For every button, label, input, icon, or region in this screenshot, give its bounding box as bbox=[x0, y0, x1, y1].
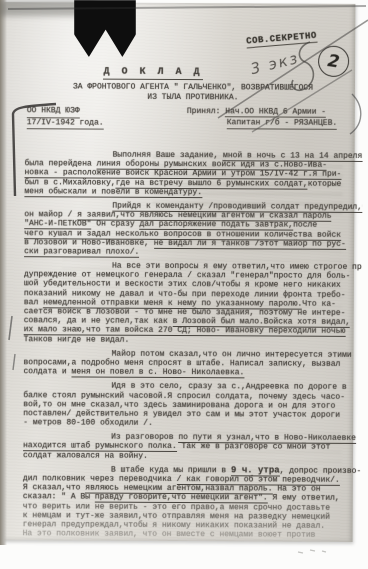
receiver-name: Капитан г/б - РЯЗАНЦЕВ. bbox=[227, 118, 337, 130]
body-text-segment: был в с.Михайловку, bbox=[24, 178, 115, 187]
scanned-document: СОВ.СЕКРЕТНО 3 экз 2 Д О К Л А Д ЗА ФРОН… bbox=[0, 0, 368, 569]
paragraph: Прийдя к коменданту /проводивший солдат … bbox=[24, 201, 362, 258]
body-text-segment: Я ему ответил, bbox=[268, 494, 340, 503]
paragraph: Выполняя Ваше задание, мной в ночь с 13 … bbox=[24, 150, 362, 198]
sender-block: ОО НКВД ЮЗФ 17/IV-1942 года. bbox=[27, 106, 104, 129]
body-text-segment: На это полковник заявил, что он вместе с… bbox=[23, 529, 316, 540]
body-text-segment: меня обыскали и повели в комендатуру. bbox=[24, 187, 202, 198]
classification-stamp: СОВ.СЕКРЕТНО bbox=[246, 31, 318, 49]
page-number: 2 bbox=[326, 51, 341, 73]
body-text-segment: в Лозовой и Ново-Ивановке, bbox=[24, 238, 154, 248]
sender-unit: ОО НКВД ЮЗФ bbox=[27, 106, 80, 118]
document-page: СОВ.СЕКРЕТНО 3 экз 2 Д О К Л А Д ЗА ФРОН… bbox=[1, 2, 356, 542]
body-text-segment: ски разговаривал плохо/. bbox=[24, 247, 139, 258]
body-text-segment: Он сразу bbox=[91, 220, 139, 229]
receiver-block: Принял: Нач.ОО НКВД 6 Армии - Капитан г/… bbox=[187, 107, 338, 130]
paragraph: Из разговоров по пути я узнал,что в Ново… bbox=[23, 432, 361, 461]
receiver-line: Принял: Нач.ОО НКВД 6 Армии - bbox=[187, 107, 337, 118]
receiver-unit: Нач.ОО НКВД 6 Армии - bbox=[225, 107, 326, 118]
body-text-segment: которые bbox=[308, 179, 342, 188]
body-text-segment: не видал ли я танков /этот майор по рус- bbox=[154, 239, 346, 250]
paragraph: Идя в это село, сразу за с.,Андреевка по… bbox=[23, 382, 361, 430]
body-text-segment: , допрос произво- bbox=[280, 466, 362, 475]
body-line: солдат жаловался на войну. bbox=[23, 451, 361, 462]
body-text-segment: - метров 80-100 обходили /. bbox=[23, 418, 153, 428]
scan-edge-left bbox=[0, 0, 7, 545]
body-text-segment: Так же в разговоре со мной этот bbox=[177, 442, 331, 452]
subtitle-line: ЗА ФРОНТОВОГО АГЕНТА " ГАЛЬЧЕНКО", ВОЗВР… bbox=[43, 82, 343, 93]
page-number-circled: 2 bbox=[316, 44, 351, 79]
paragraph: На все эти вопросы я ему ответил,что име… bbox=[24, 261, 362, 345]
body-text-segment: вал bbox=[24, 298, 43, 307]
body-text-segment: Танков нигде не видал. bbox=[24, 335, 130, 345]
paragraph: В штабе куда мы пришли в 9 ч. утра, допр… bbox=[23, 465, 361, 540]
body-line: На это полковник заявил, что он вместе с… bbox=[23, 529, 361, 540]
body-text-segment: Что ка- bbox=[302, 299, 336, 308]
body-line: - метров 80-100 обходили /. bbox=[23, 418, 361, 429]
received-label: Принял: bbox=[187, 107, 221, 116]
document-title: Д О К Л А Д bbox=[103, 67, 202, 81]
body-line: солдата и меня он повел в с. Ново- Никол… bbox=[23, 367, 361, 378]
body-text-segment: что bbox=[362, 203, 363, 212]
subtitle-line: ИЗ ТЫЛА ПРОТИВНИКА. bbox=[43, 92, 343, 103]
title-wrap: Д О К Л А Д bbox=[23, 60, 283, 80]
body-text-segment: после bbox=[293, 221, 317, 230]
body-text-segment: В штабе куда мы пришли в bbox=[111, 465, 231, 475]
faint-bottom-marks bbox=[298, 550, 326, 553]
document-body: Выполняя Ваше задание, мной в ночь с 13 … bbox=[23, 150, 363, 548]
document-subtitle: ЗА ФРОНТОВОГО АГЕНТА " ГАЛЬЧЕНКО", ВОЗВР… bbox=[43, 82, 343, 103]
body-text-segment: сказал: " А Вы bbox=[23, 493, 95, 502]
paragraph: Майор потом сказал,что он лично интересу… bbox=[23, 349, 361, 378]
body-text-segment: он майор / bbox=[24, 210, 77, 219]
sender-date: 17/IV-1942 года. bbox=[27, 118, 104, 130]
body-text-segment: меня он повел в с. Ново- Николаевка. bbox=[71, 368, 244, 379]
body-text-segment: солдата и bbox=[23, 367, 71, 376]
body-text-segment: солдат жаловался на войну. bbox=[23, 451, 148, 461]
